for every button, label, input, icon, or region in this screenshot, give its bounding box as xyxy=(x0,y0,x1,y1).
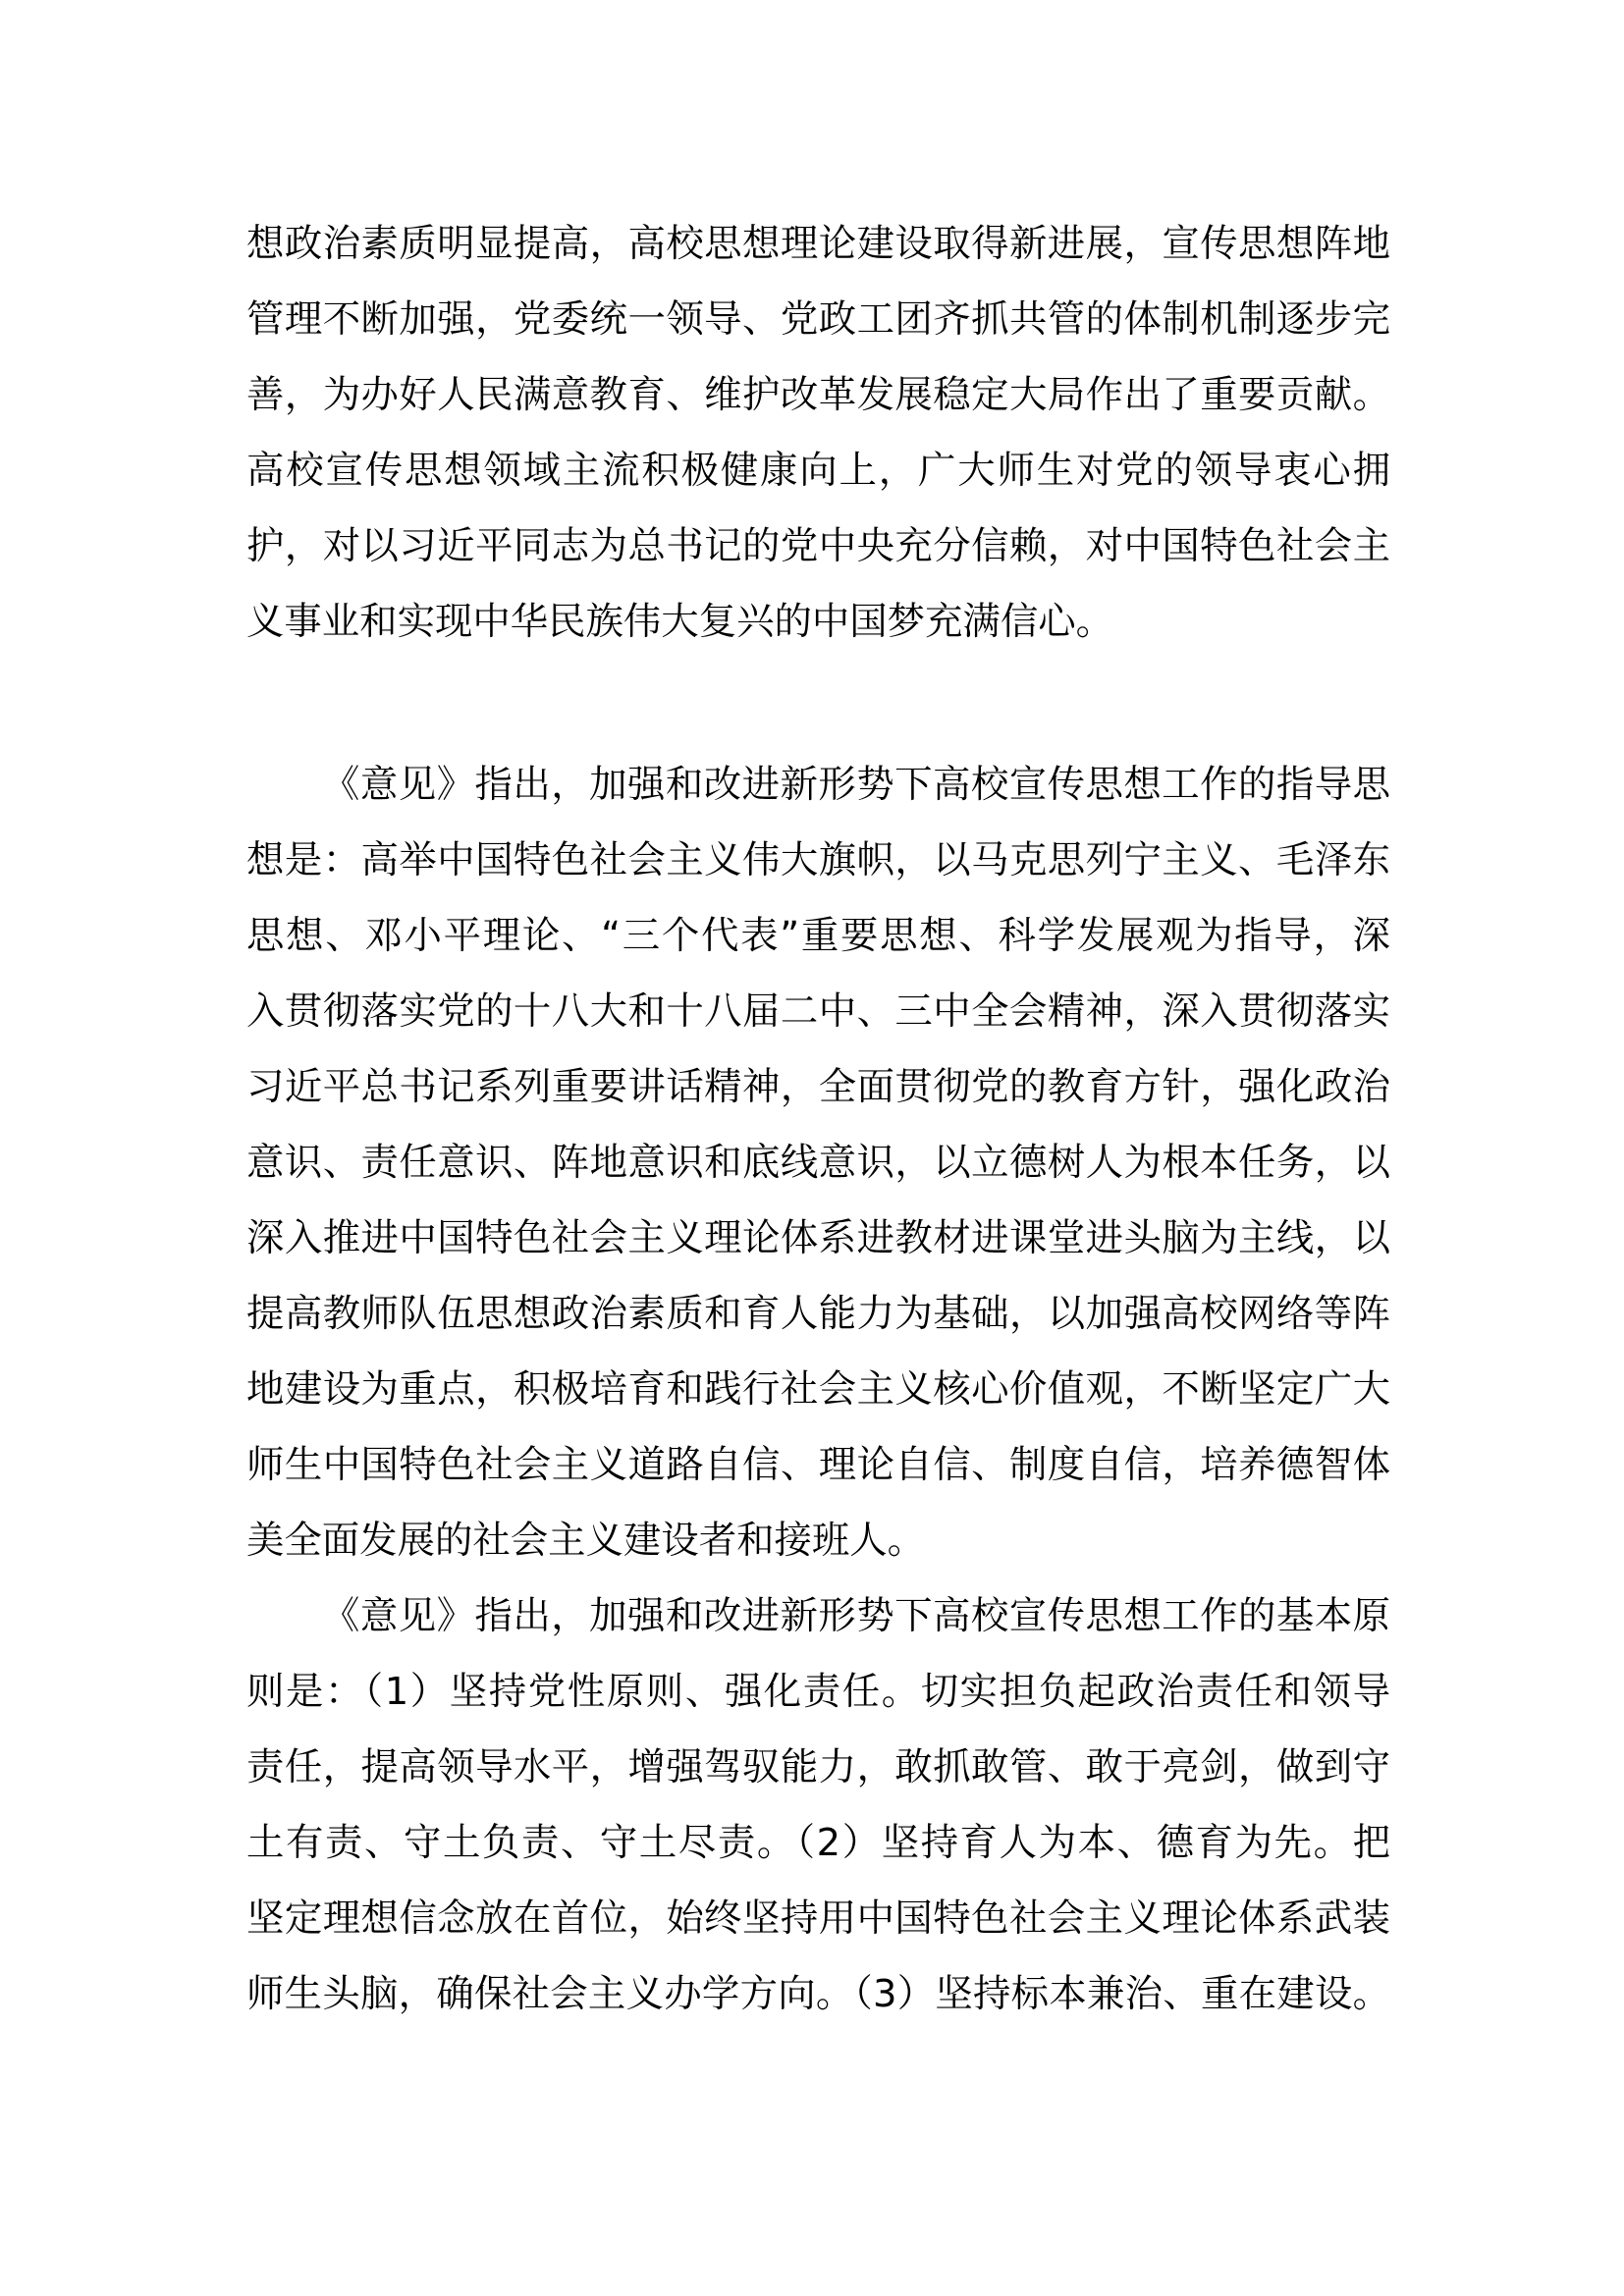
text-line: 习近平总书记系列重要讲话精神，全面贯彻党的教育方针，强化政治 xyxy=(246,1058,1390,1117)
text-line: 提高教师队伍思想政治素质和育人能力为基础，以加强高校网络等阵 xyxy=(246,1285,1390,1344)
text-line: 土有责、守土负责、守土尽责。（2）坚持育人为本、德育为先。把 xyxy=(246,1814,1390,1873)
text-line: 入贯彻落实党的十八大和十八届二中、三中全会精神，深入贯彻落实 xyxy=(246,983,1390,1041)
text-line: 想政治素质明显提高，高校思想理论建设取得新进展，宣传思想阵地 xyxy=(246,215,1390,274)
text-line: 善，为办好人民满意教育、维护改革发展稳定大局作出了重要贡献。 xyxy=(246,366,1390,425)
text-line: 意识、责任意识、阵地意识和底线意识，以立德树人为根本任务，以 xyxy=(246,1134,1390,1193)
text-line: 想是：高举中国特色社会主义伟大旗帜，以马克思列宁主义、毛泽东 xyxy=(246,831,1390,890)
text-line: 地建设为重点，积极培育和践行社会主义核心价值观，不断坚定广大 xyxy=(246,1361,1390,1419)
text-line: 管理不断加强，党委统一领导、党政工团齐抓共管的体制机制逐步完 xyxy=(246,291,1390,349)
text-line: 义事业和实现中华民族伟大复兴的中国梦充满信心。 xyxy=(246,593,1390,652)
text-line: 高校宣传思想领域主流积极健康向上，广大师生对党的领导衷心拥 xyxy=(246,442,1390,501)
text-line: 《意见》指出，加强和改进新形势下高校宣传思想工作的基本原 xyxy=(246,1587,1390,1646)
text-line: 坚定理想信念放在首位，始终坚持用中国特色社会主义理论体系武装 xyxy=(246,1890,1390,1949)
text-line: 深入推进中国特色社会主义理论体系进教材进课堂进头脑为主线，以 xyxy=(246,1209,1390,1268)
text-line: 师生头脑，确保社会主义办学方向。（3）坚持标本兼治、重在建设。 xyxy=(246,1965,1390,2024)
text-line: 《意见》指出，加强和改进新形势下高校宣传思想工作的指导思 xyxy=(246,756,1390,815)
text-line: 护，对以习近平同志为总书记的党中央充分信赖，对中国特色社会主 xyxy=(246,517,1390,576)
text-line: 师生中国特色社会主义道路自信、理论自信、制度自信，培养德智体 xyxy=(246,1436,1390,1495)
text-line: 责任，提高领导水平，增强驾驭能力，敢抓敢管、敢于亮剑，做到守 xyxy=(246,1738,1390,1797)
text-line: 思想、邓小平理论、“三个代表”重要思想、科学发展观为指导，深 xyxy=(246,907,1390,966)
text-line: 则是：（1）坚持党性原则、强化责任。切实担负起政治责任和领导 xyxy=(246,1663,1390,1722)
text-line: 美全面发展的社会主义建设者和接班人。 xyxy=(246,1512,1390,1571)
